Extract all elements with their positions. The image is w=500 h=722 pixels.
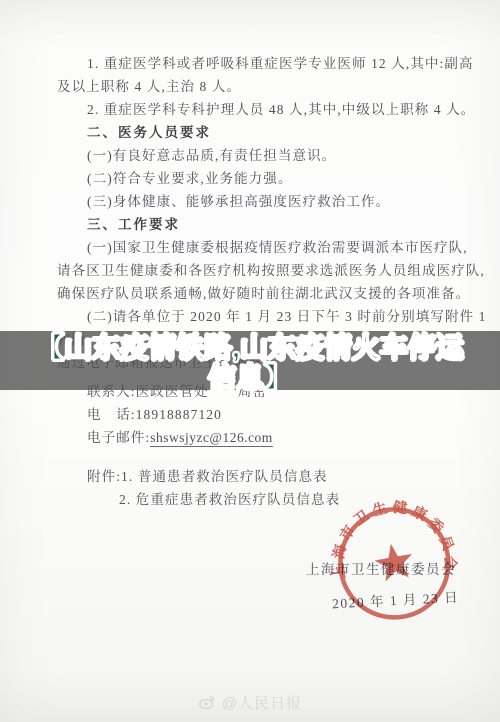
doc-line-work2: (二)请各单位于 2020 年 1 月 23 日下午 3 时前分别填写附件 1 xyxy=(57,305,452,328)
seal-star-icon xyxy=(372,540,416,582)
photographed-document: 1. 重症医学科或者呼吸科重症医学专业医师 12 人,其中:副高 及以上职称 4… xyxy=(0,0,500,722)
doc-line-doctors-cont: 及以上职称 4 人,主治 8 人。 xyxy=(57,75,452,98)
doc-line-work1: (一)国家卫生健康委根据疫情医疗救治需要调派本市医疗队, xyxy=(57,236,452,259)
doc-heading-personnel-requirements: 二、医务人员要求 xyxy=(57,121,452,144)
doc-line-req3: (三)身体健康、能够承担高强度医疗救治工作。 xyxy=(57,190,452,213)
doc-line-phone: 电 话:18918887120 xyxy=(57,403,452,426)
email-label: 电子邮件: xyxy=(87,430,150,445)
doc-line-email: 电子邮件:shswsjyzc@126.com xyxy=(57,426,452,449)
seal-arc-text: 上海市卫生健康委员会 xyxy=(320,488,462,592)
email-address: shswsjyzc@126.com xyxy=(150,430,273,447)
watermark-credit: @人民日报 xyxy=(222,692,302,713)
doc-line-attachment1: 附件:1. 普通患者救治医疗队员信息表 xyxy=(57,465,452,488)
caption-headline: 【山东疫情铁路,山东疫情火车停运信息】 xyxy=(28,333,472,393)
doc-line-doctors: 1. 重症医学科或者呼吸科重症医学专业医师 12 人,其中:副高 xyxy=(57,52,452,75)
svg-text:上海市卫生健康委员会: 上海市卫生健康委员会 xyxy=(320,488,462,592)
source-watermark: @人民日报 xyxy=(0,691,500,713)
doc-line-nurses: 2. 重症医学科专科护理人员 48 人,其中,中级以上职称 4 人。 xyxy=(57,98,452,121)
doc-line-req1: (一)有良好意志品质,有责任担当意识。 xyxy=(57,144,452,167)
doc-line-req2: (二)符合专业要求,业务能力强。 xyxy=(57,167,452,190)
document-body: 1. 重症医学科或者呼吸科重症医学专业医师 12 人,其中:副高 及以上职称 4… xyxy=(57,52,452,511)
doc-line-work1-cont1: 请各区卫生健康委和各医疗机构按照要求选派医务人员组成医疗队, xyxy=(57,259,452,282)
weibo-icon xyxy=(198,694,216,710)
doc-heading-work-requirements: 三、工作要求 xyxy=(57,213,452,236)
official-red-seal: 上海市卫生健康委员会 xyxy=(301,478,493,657)
doc-line-work1-cont2: 确保医疗队员联系通畅,做好随时前往湖北武汉支援的各项准备。 xyxy=(57,282,452,305)
